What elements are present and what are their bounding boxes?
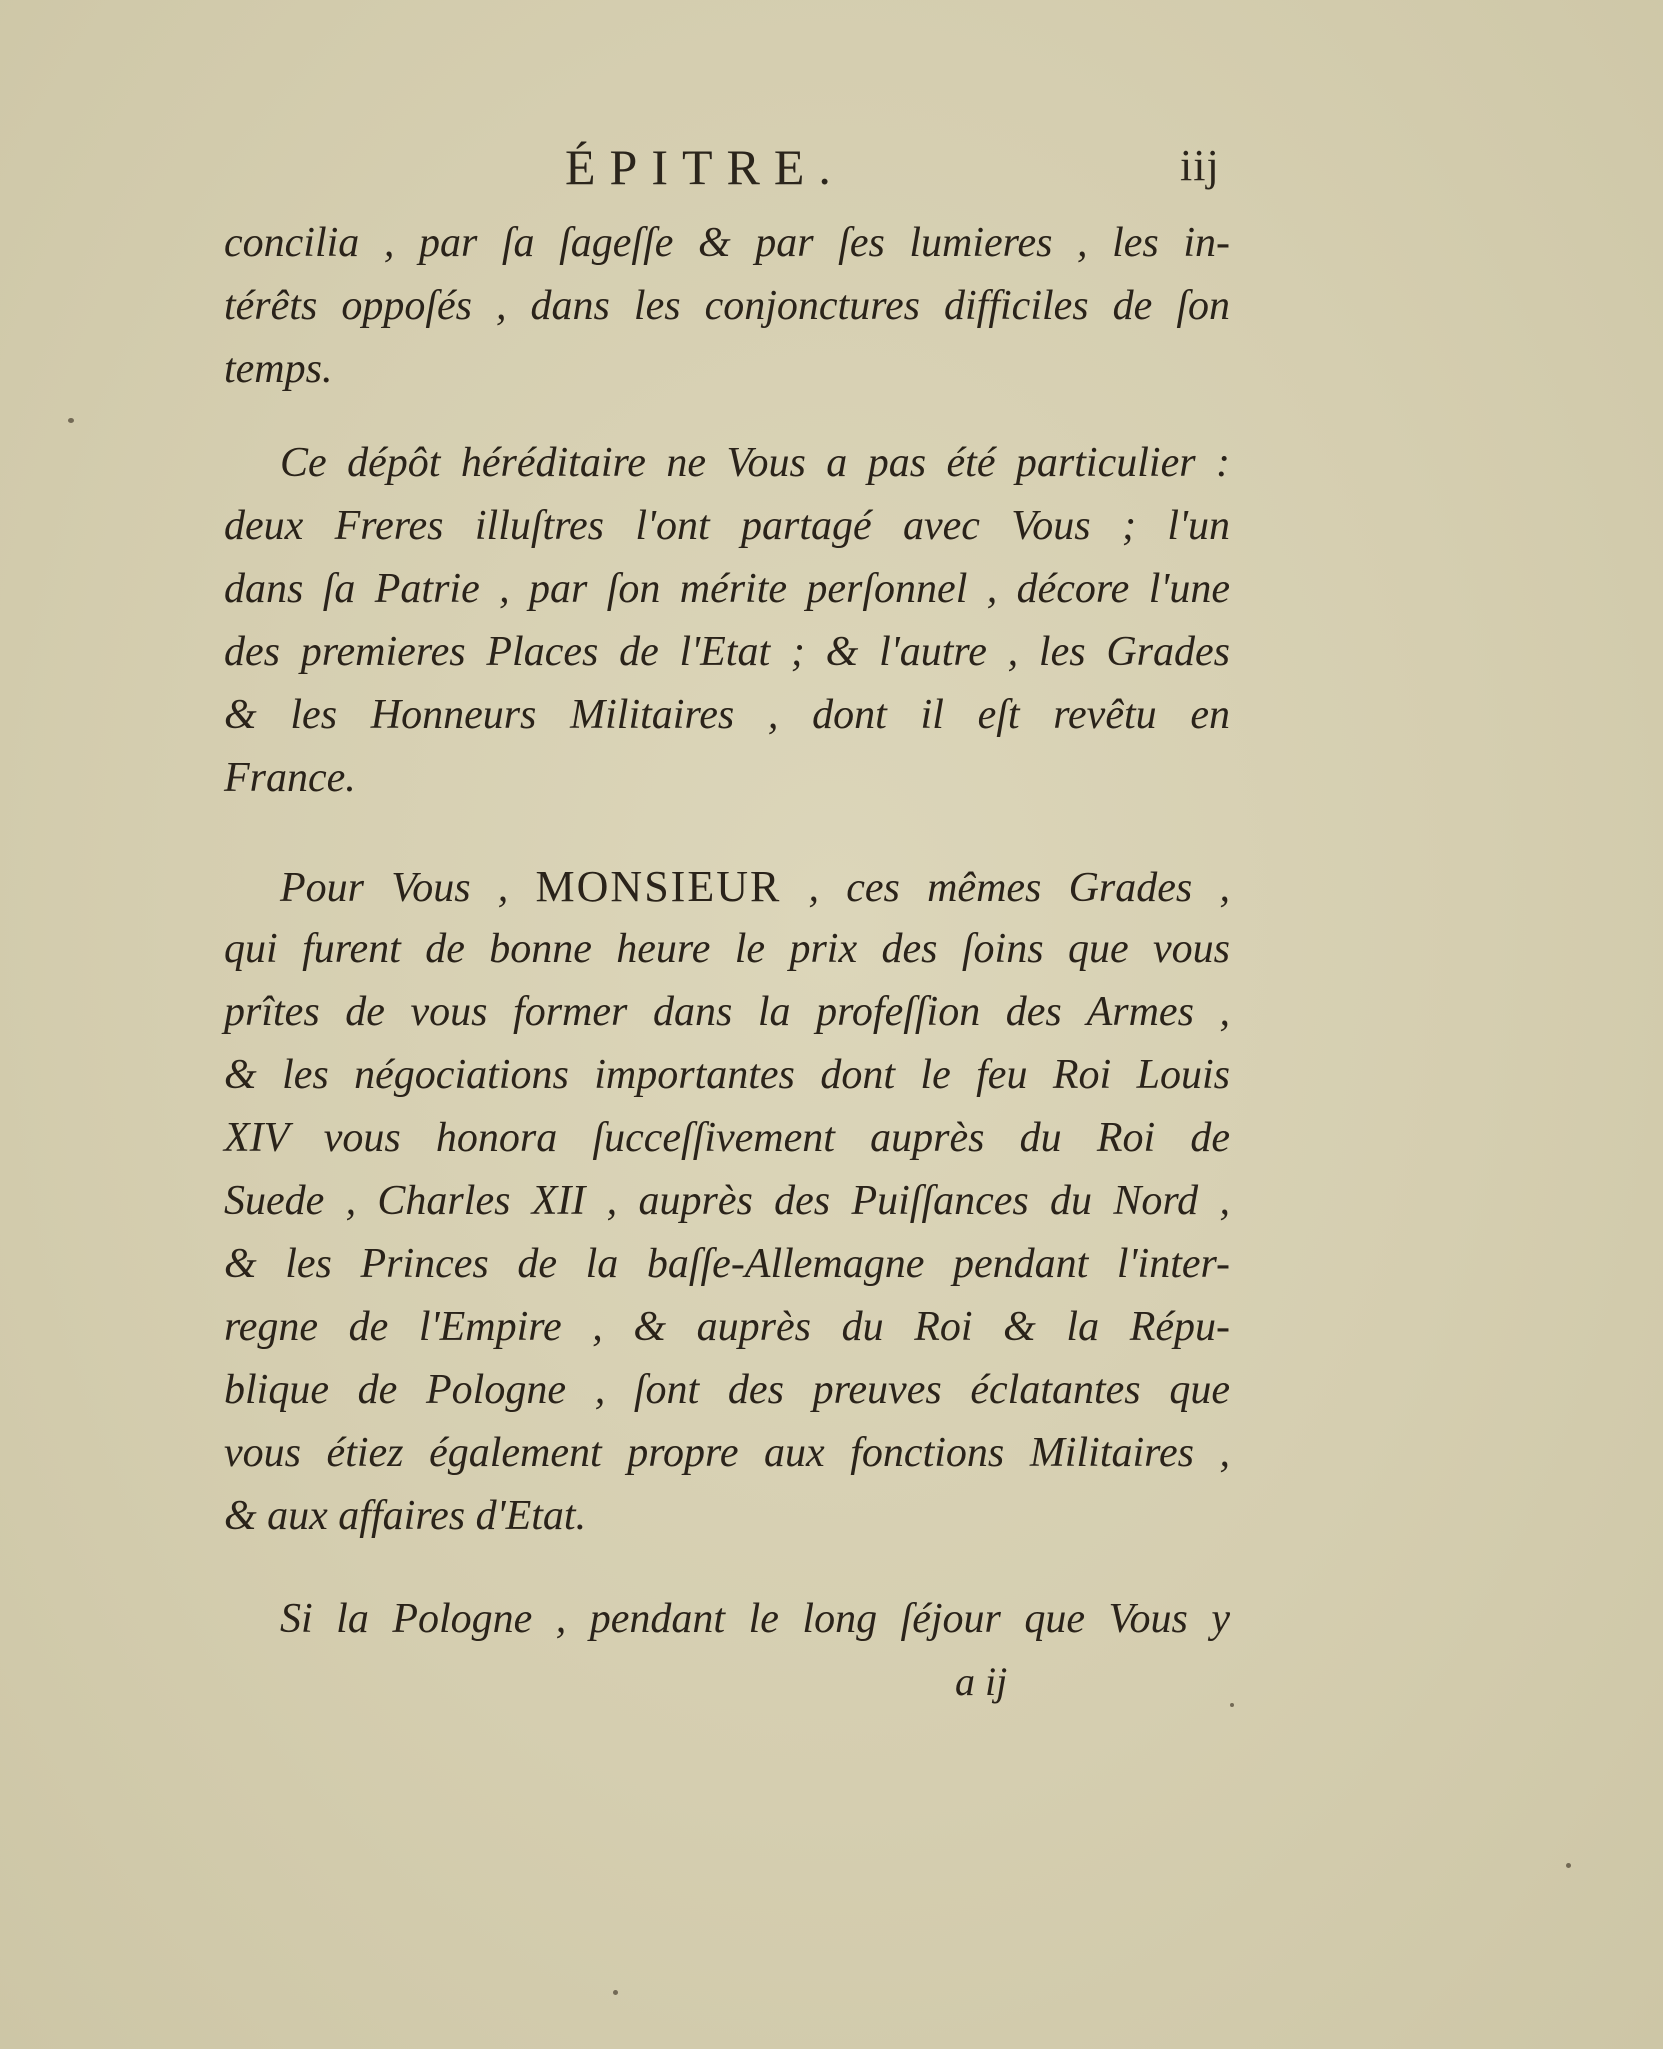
paper-speck [1230,1703,1234,1707]
text-line: & les Honneurs Militaires , dont il eſt … [224,684,1230,747]
text-line: blique de Pologne , ſont des preuves écl… [224,1359,1230,1422]
text-run: , ces mêmes Grades , [809,865,1230,911]
text-line: Si la Pologne , pendant le long ſéjour q… [224,1588,1230,1651]
paragraph-1: concilia , par ſa ſageſſe & par ſes lumi… [224,212,1230,401]
text-line: XIV vous honora ſucceſſivement auprès du… [224,1107,1230,1170]
addressee-monsieur: MONSIEUR [536,862,782,911]
paper-speck [1566,1863,1571,1868]
text-line: deux Freres illuſtres l'ont partagé avec… [224,495,1230,558]
text-line: & aux affaires d'Etat. [224,1485,1230,1548]
page-number: iij [1180,140,1220,191]
paragraph-4: Si la Pologne , pendant le long ſéjour q… [224,1588,1230,1651]
text-line: concilia , par ſa ſageſſe & par ſes lumi… [224,212,1230,275]
text-line: vous étiez également propre aux fonction… [224,1422,1230,1485]
text-line: temps. [224,338,1230,401]
text-line: France. [224,747,1230,810]
text-line: & les Princes de la baſſe-Allemagne pend… [224,1233,1230,1296]
text-line: térêts oppoſés , dans les conjonctures d… [224,275,1230,338]
text-line: des premieres Places de l'Etat ; & l'aut… [224,621,1230,684]
running-head: ÉPITRE. iij [0,138,1663,198]
paper-speck [68,418,74,423]
text-line: & les négociations importantes dont le f… [224,1044,1230,1107]
book-page: ÉPITRE. iij concilia , par ſa ſageſſe & … [0,0,1663,2049]
paragraph-2: Ce dépôt héréditaire ne Vous a pas été p… [224,432,1230,810]
signature-mark: a ij [955,1658,1007,1705]
text-line: regne de l'Empire , & auprès du Roi & la… [224,1296,1230,1359]
text-line: qui furent de bonne heure le prix des ſo… [224,918,1230,981]
text-run: Pour Vous , [280,865,508,911]
text-line: prîtes de vous former dans la profeſſion… [224,981,1230,1044]
text-line: dans ſa Patrie , par ſon mérite perſonne… [224,558,1230,621]
running-head-title: ÉPITRE. [565,138,845,196]
text-line: Suede , Charles XII , auprès des Puiſſan… [224,1170,1230,1233]
paragraph-3: Pour Vous , MONSIEUR , ces mêmes Grades … [224,855,1230,1548]
text-line: Ce dépôt héréditaire ne Vous a pas été p… [224,432,1230,495]
paper-speck [613,1990,618,1995]
text-line: Pour Vous , MONSIEUR , ces mêmes Grades … [224,855,1230,918]
